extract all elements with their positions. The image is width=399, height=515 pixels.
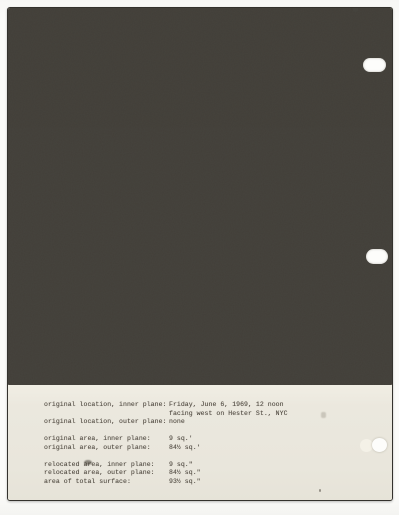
spec-label: original location, outer plane: — [44, 418, 169, 427]
spec-label: area of total surface: — [44, 478, 169, 487]
spec-value: 9 sq." — [169, 461, 193, 470]
spec-value: 84½ sq." — [169, 469, 201, 478]
original-area-spec-group: original area, inner plane: 9 sq.' origi… — [44, 435, 344, 452]
spec-value: facing west on Hester St., NYC — [169, 410, 288, 419]
spec-value: none — [169, 418, 185, 427]
spec-row: original location, inner plane: Friday, … — [44, 401, 344, 410]
spec-value: Friday, June 6, 1969, 12 noon — [169, 401, 284, 410]
punch-hole-top — [363, 58, 386, 72]
spec-label: original area, inner plane: — [44, 435, 169, 444]
paper-grain-texture — [8, 8, 392, 385]
typed-text-block: original location, inner plane: Friday, … — [44, 401, 344, 495]
punch-hole-bottom — [372, 438, 387, 452]
sheet-edge-notch — [353, 8, 358, 12]
spec-row: relocated area, outer plane: 84½ sq." — [44, 469, 344, 478]
ink-smudge — [84, 460, 92, 465]
scan-background: original location, inner plane: Friday, … — [0, 0, 399, 515]
spec-row: original location, outer plane: none — [44, 418, 344, 427]
punch-hole-middle — [366, 249, 388, 264]
spec-value: 84½ sq.' — [169, 444, 201, 453]
location-spec-group: original location, inner plane: Friday, … — [44, 401, 344, 427]
spec-label: relocated area, outer plane: — [44, 469, 169, 478]
paper-speck — [319, 489, 321, 492]
spec-value: 93½ sq." — [169, 478, 201, 487]
spec-row: original area, inner plane: 9 sq.' — [44, 435, 344, 444]
photo-print: original location, inner plane: Friday, … — [7, 7, 393, 501]
spec-label: original area, outer plane: — [44, 444, 169, 453]
spec-value: 9 sq.' — [169, 435, 193, 444]
dark-charcoal-sheet — [8, 8, 392, 385]
spec-row: area of total surface: 93½ sq." — [44, 478, 344, 487]
spec-label: original location, inner plane: — [44, 401, 169, 410]
ghost-character-mark — [321, 412, 326, 418]
spec-label: relocated area, inner plane: — [44, 461, 169, 470]
spec-row: original area, outer plane: 84½ sq.' — [44, 444, 344, 453]
